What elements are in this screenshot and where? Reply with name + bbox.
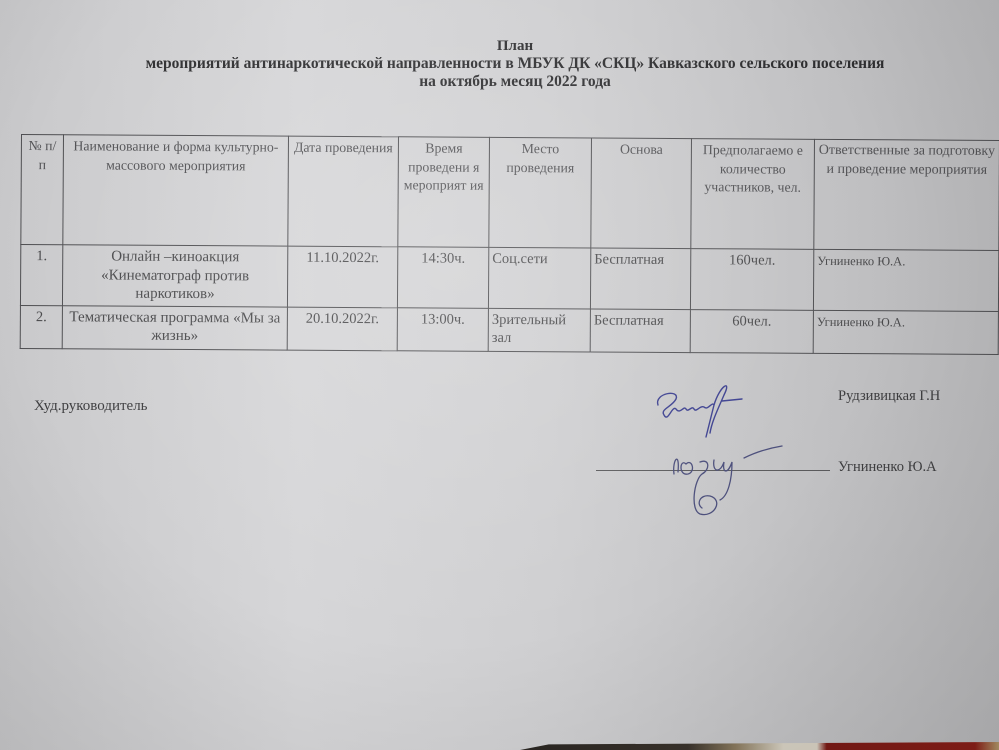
cell-name: Тематическая программа «Мы за жизнь»	[62, 305, 287, 349]
cell-basis: Бесплатная	[590, 308, 690, 352]
cell-responsible: Угниненко Ю.А.	[813, 249, 998, 311]
header-participants: Предполагаемо е количество участников, ч…	[691, 139, 815, 250]
header-name: Наименование и форма культурно-массового…	[63, 135, 289, 246]
header-num: № п/п	[21, 135, 64, 245]
lighting-overlay	[0, 0, 999, 750]
cell-name: Онлайн –киноакция «Кинематограф против н…	[62, 245, 287, 307]
document-header: План мероприятий антинаркотической напра…	[40, 37, 990, 91]
table-header-row: № п/п Наименование и форма культурно-мас…	[21, 135, 999, 251]
cell-time: 13:00ч.	[397, 307, 488, 351]
document-period: на октябрь месяц 2022 года	[40, 73, 990, 91]
signer-2-name: Угниненко Ю.А	[838, 459, 937, 476]
background-surface	[520, 742, 999, 750]
header-date: Дата проведения	[288, 136, 399, 247]
cell-num: 1.	[20, 245, 62, 306]
cell-num: 2.	[20, 305, 62, 348]
cell-place: Зрительный зал	[488, 308, 590, 352]
header-place: Место проведения	[489, 137, 592, 248]
cell-place: Соц.сети	[488, 247, 590, 308]
cell-date: 20.10.2022г.	[287, 307, 397, 351]
events-table: № п/п Наименование и форма культурно-мас…	[20, 134, 999, 354]
header-time: Время проведени я мероприят ия	[398, 137, 490, 248]
cell-date: 11.10.2022г.	[287, 246, 397, 307]
signature-2-icon	[670, 440, 800, 530]
cell-participants: 160чел.	[690, 249, 813, 310]
cell-responsible: Угниненко Ю.А.	[813, 310, 998, 354]
table-row: 2. Тематическая программа «Мы за жизнь» …	[20, 305, 998, 354]
table-row: 1. Онлайн –киноакция «Кинематограф проти…	[20, 245, 998, 311]
cell-participants: 60чел.	[690, 309, 813, 353]
document-title: План	[40, 37, 990, 55]
cell-time: 14:30ч.	[397, 247, 488, 308]
signature-1-icon	[650, 375, 760, 445]
signer-1-name: Рудзивицкая Г.Н	[838, 388, 940, 405]
document-photo: План мероприятий антинаркотической напра…	[0, 0, 999, 750]
header-responsible: Ответственные за подготовку и проведение…	[814, 139, 999, 250]
document-subtitle: мероприятий антинаркотической направленн…	[40, 55, 990, 73]
cell-basis: Бесплатная	[590, 248, 690, 309]
signer-role: Худ.руководитель	[34, 398, 148, 415]
header-basis: Основа	[591, 138, 692, 249]
